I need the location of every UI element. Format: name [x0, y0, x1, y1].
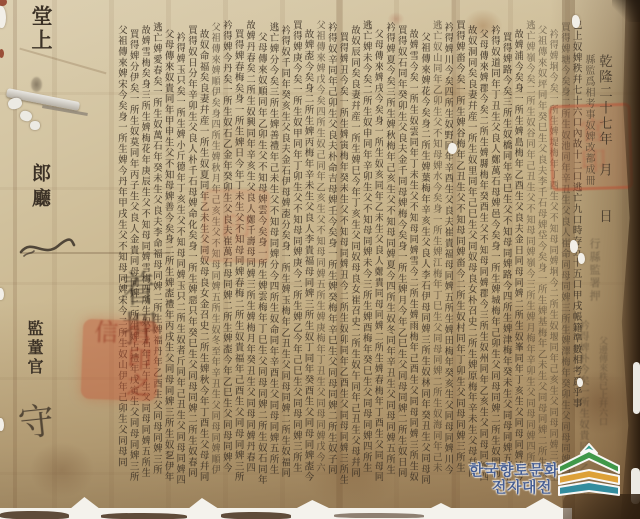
text-column: 買得婢塘今矣身二所生奴池同年辛丑生父良人崔命同母同婢三所生婢澤梅年癸卯生父同母同…: [559, 22, 570, 514]
text-column: 故奴命福矣良妻幷産一所生奴夏同年乙未生父同奴母良女金召史二所生婢秋今年丁酉生父母…: [198, 29, 209, 514]
fold-crease: [13, 0, 17, 519]
text-column: 逃亡婢分今矣三所生婢善禮年己未生父不知母同婢分今四所生奴命同年辛酉生父同母同婢五…: [268, 22, 279, 514]
signature-swoosh: [18, 232, 76, 264]
text-column: 父祖傳來婢戊今矣四所生奴己同年乙亥生父不知母同婢五所生婢庚梅年丁丑生父同母同婢戊…: [314, 20, 325, 514]
dangsang-label: 堂上: [26, 5, 56, 53]
text-column: 衿得奴辛同年己卯生父良夫朴命吉母婢壬今矣身一所生婢癸梅年辛巳生父同母同婢二所生奴…: [326, 22, 337, 514]
right-lower-column: 父邊傳來秩已上幷六口: [597, 336, 607, 426]
text-column: 衿得奴千同年癸亥生父良夫金石伊母婢唜分矣身一所生婢玉梅年乙丑生父同母同婢二所生奴…: [279, 25, 290, 514]
text-column: 買得奴石同年癸卯生父良夫金千同母婢梅今矣身一所生婢月今年乙巳生父同母同婢二所生奴…: [396, 25, 407, 514]
official-signature-column: 行縣監署押: [586, 238, 602, 303]
text-column: 逃亡婢未今矣二所生奴申同年辛卯生父不知母同婢未今三所生婢酉梅年癸巳生父同母同婢四…: [361, 20, 372, 514]
text-column: 故婢唜今矣身二所生婢丙梅年辛未生父良人李貴福母同婢三所生奴丁同年癸酉生父同母同婢…: [303, 29, 314, 514]
background-sliver: [633, 362, 640, 414]
text-column: 買得婢春梅矣身一所生婢日今年丁未生父不知母同婢春梅二所生奴貴福年己酉生父同母同婢…: [233, 29, 244, 514]
paper-hole: [572, 15, 580, 28]
text-column: 衿得婢川今矣四所生奴野同年辛酉生父良夫崔貴福母同婢五所生婢田梅年癸亥生父同母同婢…: [442, 22, 453, 514]
text-column: 故奴辰同矣良妻幷産一所生婢巳今年丁亥生父同奴母良女崔召史二所生奴午同年己丑生父母…: [349, 25, 360, 514]
bottom-edge-shadow: [0, 511, 69, 519]
bottom-edge-shadow: [334, 513, 424, 518]
paper-hole: [577, 378, 583, 387]
seal-script-text: 印: [221, 204, 252, 249]
text-column: 父祖傳來奴坪同年癸巳生父良夫李千石母婢垈今矣身一所生婢基梅年乙未生父同母同婢二所…: [536, 25, 547, 514]
nangcheong-label: 郎廳: [27, 163, 54, 213]
bottom-edge-shadow: [221, 512, 291, 519]
red-seal-faint: 印: [202, 189, 269, 262]
text-column: 買得奴日分年辛卯生父良人朴千石母婢命化矣身一所生婢惡只年癸巳生父同母同婢二所生奴…: [186, 25, 197, 514]
text-column: 買得婢庚今矣一所生奴甲同年丁卯生父不知母同婢庚今二所生婢乙今年己巳生父同母同婢三…: [291, 20, 302, 514]
text-column: 故婢浦今矣身一所生婢島梅年乙酉生父良夫金日同母同婢二所生奴峯同年丁亥生父同母同婢…: [512, 29, 523, 514]
text-column: 衿得奴道同年丁丑生父良人鄭萬石母婢邑今矣身一所生婢城梅年己卯生父同母同婢二所生奴…: [489, 25, 500, 514]
text-column: 父母傳來婢戌今矣身一所生奴亥同年乙未生父良人鄭貴同母同婢二所生婢春梅年丁酉生父同…: [372, 29, 383, 514]
body-text-columns: 父祖傳來婢宋今矣身一所生婢今丹年甲戌生父不知母同婢宋今二所生奴山伊年己卯生父同母…: [116, 20, 582, 514]
text-column: 衿得婢夏今矣三所生婢秋梅年己亥生父不知母同婢夏今四所生奴冬同年辛丑生父同母同婢五…: [384, 22, 395, 514]
text-column: 父母傳來奴貴同年甲申生父不知母婢善今矣身二所生婢唜禮年丙戌生父同母同婢三所生奴乭…: [163, 29, 174, 514]
logo-water-shape: [559, 482, 619, 495]
text-column: 買得婢路今矣三所生奴橋同年辛巳生父不知母同婢路今四所生婢津梅年癸未生父同母同婢五…: [501, 32, 512, 514]
paper-hole: [570, 240, 578, 253]
document-photo: 父祖傳來婢宋今矣身一所生婢今丹年甲戌生父不知母同婢宋今二所生奴山伊年己卯生父同母…: [0, 0, 640, 519]
text-column: 衿得婢玉只矣一所生婢小斤德年丁亥生父不知母同婢玉只二所生奴者斤同年己丑生父同母同…: [174, 32, 185, 514]
small-ink-mark: [31, 77, 42, 92]
paper-hole: [578, 253, 585, 264]
gamdonggwan-label: 監蕫官: [23, 320, 46, 377]
bottom-edge-shadow: [101, 513, 187, 519]
heading-column: 縣監爲相考事奴婢改都成冊: [582, 54, 594, 186]
watermark-logo: [555, 443, 623, 501]
paper-damage-blob: [30, 121, 40, 130]
text-column: 故婢丹春矣二所生奴興同年辛亥生父良人鄭千壽母同婢三所生婢梅月年癸丑生父同母同婢丹…: [244, 20, 255, 514]
text-column: 父母傳來婢郡今矣二所生婢縣梅年癸酉生父不知母同婢郡今三所生奴州同年乙亥生父同母同…: [477, 29, 488, 514]
text-column: 父祖傳來婢花今矣身二所生婢葉梅年辛亥生父良人李石伊母同婢三所生奴林同年癸丑生父同…: [419, 32, 430, 514]
red-seal-main: 官印之信: [81, 319, 160, 402]
text-column: 衿得婢今丹矣一所生奴石乙金年癸卯生父良夫崔萬石母同婢二所生婢唜今年乙巳生父同母同…: [221, 20, 232, 514]
text-column: 逃亡奴山同年乙卯生父不知母婢水今矣身一所生婢江梅年丁巳生父同母同婢二所生奴海同年…: [431, 20, 442, 514]
text-column: 逃亡婢嶺今矣二所生奴谷同年己丑生父不知母同婢嶺今三所生婢月梅年辛卯生父同母同婢四…: [524, 20, 535, 514]
signature-flourish: 守: [15, 392, 56, 446]
text-column: 買得婢丑今矣一所生婢寅梅年癸未生父不知母同婢丑今二所生奴卯同年乙酉生父同母同婢三…: [337, 32, 348, 514]
text-column: 衿得婢垌今矣一所生婢堤梅年丁酉生父不知母同婢垌今二所生奴堰同年己亥生父同母同婢三…: [547, 29, 558, 514]
seal-script-text: 官印之信: [85, 319, 156, 401]
text-column: 故奴洞同矣良妻幷産一所生奴里同年己巳生父同奴母良女朴召史二所生婢原梅年辛未生父母…: [466, 25, 477, 514]
date-column: 乾隆二十七年 月 日: [596, 54, 611, 225]
text-column: 買得婢畓今矣一所生婢谷梅年乙丑生父不知母同婢畓今二所生奴村同年丁卯生父同母同婢三…: [454, 20, 465, 514]
watermark-text-line2: 전자대전: [492, 476, 552, 497]
text-column: 父母傳來奴順同年乙卯生父不知母婢雲今矣身一所生婢雲梅年丁巳生父同母同婢二所生奴石…: [256, 32, 267, 514]
text-column: 父祖傳來婢順伊矣身四所生婢秋月年己亥生父不知母同婢五所生奴冬至年辛丑生父同母同婢…: [209, 22, 220, 514]
dark-corner: [612, 0, 640, 22]
text-column: 故婢雪今矣一所生奴雲同年丁未生父不知母同婢雪今二所生婢雨梅年己酉生父同母同婢三所…: [407, 29, 418, 514]
